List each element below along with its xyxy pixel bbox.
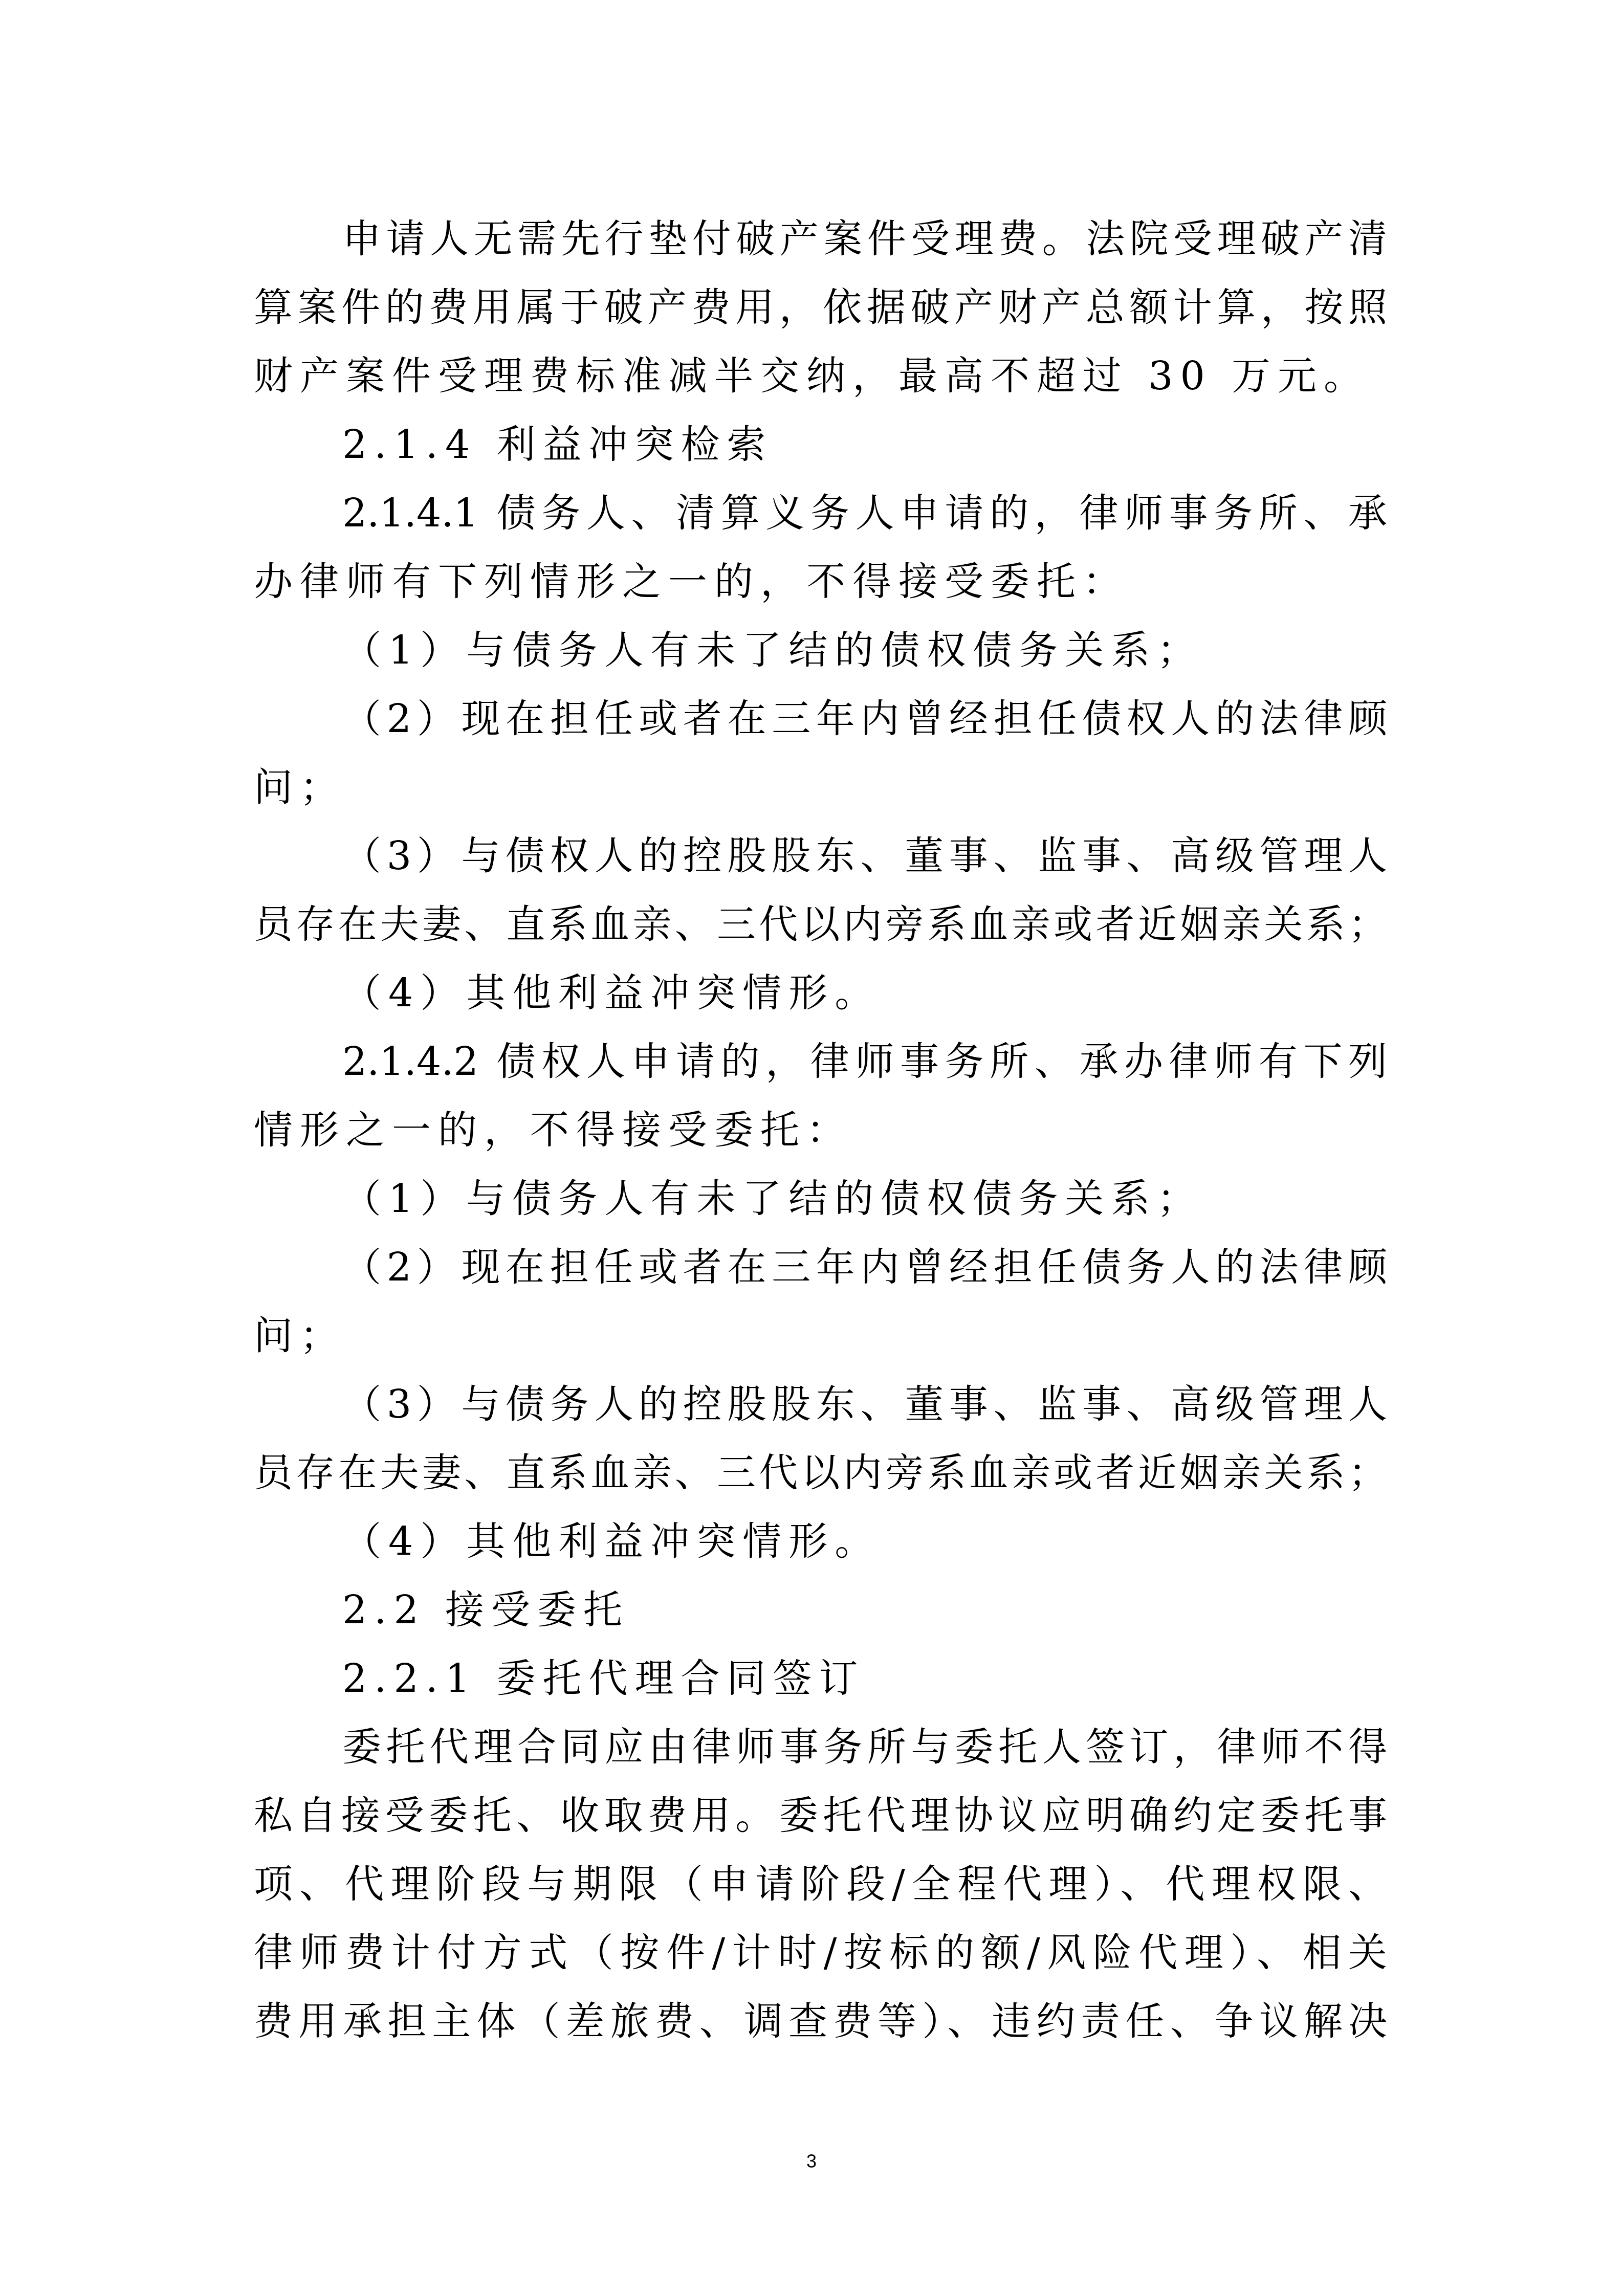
list-item-continuation: 员存在夫妻、直系血亲、三代以内旁系血亲或者近姻亲关系；: [254, 1439, 1387, 1507]
section-heading-2-2-1: 2.2.1 委托代理合同签订: [254, 1644, 1387, 1713]
clause-2-1-4-2-line: 情形之一的，不得接受委托：: [254, 1096, 1387, 1164]
clause-2-1-4-2-line: 2.1.4.2 债权人申请的，律师事务所、承办律师有下列: [254, 1027, 1387, 1096]
list-item: （1）与债务人有未了结的债权债务关系；: [254, 1164, 1387, 1233]
list-item: （2）现在担任或者在三年内曾经担任债务人的法律顾: [254, 1233, 1387, 1301]
list-item-continuation: 问；: [254, 753, 1387, 822]
paragraph-line: 申请人无需先行垫付破产案件受理费。法院受理破产清: [254, 205, 1387, 273]
list-item: （4）其他利益冲突情形。: [254, 959, 1387, 1027]
paragraph-line: 委托代理合同应由律师事务所与委托人签订，律师不得: [254, 1713, 1387, 1781]
paragraph-line: 算案件的费用属于破产费用，依据破产财产总额计算，按照: [254, 273, 1387, 342]
paragraph-line: 费用承担主体（差旅费、调查费等）、违约责任、争议解决: [254, 1987, 1387, 2056]
list-item-continuation: 问；: [254, 1301, 1387, 1370]
clause-2-1-4-1-line: 办律师有下列情形之一的，不得接受委托：: [254, 547, 1387, 616]
list-item: （1）与债务人有未了结的债权债务关系；: [254, 616, 1387, 685]
clause-2-1-4-1-line: 2.1.4.1 债务人、清算义务人申请的，律师事务所、承: [254, 479, 1387, 547]
list-item: （2）现在担任或者在三年内曾经担任债权人的法律顾: [254, 685, 1387, 753]
list-item-continuation: 员存在夫妻、直系血亲、三代以内旁系血亲或者近姻亲关系；: [254, 890, 1387, 959]
paragraph-line: 项、代理阶段与期限（申请阶段/全程代理）、代理权限、: [254, 1850, 1387, 1918]
paragraph-line: 律师费计付方式（按件/计时/按标的额/风险代理）、相关: [254, 1918, 1387, 1987]
paragraph-line: 财产案件受理费标准减半交纳，最高不超过 30 万元。: [254, 342, 1387, 410]
list-item: （3）与债务人的控股股东、董事、监事、高级管理人: [254, 1370, 1387, 1439]
list-item: （3）与债权人的控股股东、董事、监事、高级管理人: [254, 822, 1387, 890]
section-heading-2-2: 2.2 接受委托: [254, 1576, 1387, 1644]
list-item: （4）其他利益冲突情形。: [254, 1507, 1387, 1576]
section-heading-2-1-4: 2.1.4 利益冲突检索: [254, 410, 1387, 479]
page-number: 3: [0, 2149, 1623, 2174]
document-page: 申请人无需先行垫付破产案件受理费。法院受理破产清 算案件的费用属于破产费用，依据…: [0, 0, 1623, 2296]
body-text: 申请人无需先行垫付破产案件受理费。法院受理破产清 算案件的费用属于破产费用，依据…: [254, 205, 1387, 2056]
paragraph-line: 私自接受委托、收取费用。委托代理协议应明确约定委托事: [254, 1781, 1387, 1850]
